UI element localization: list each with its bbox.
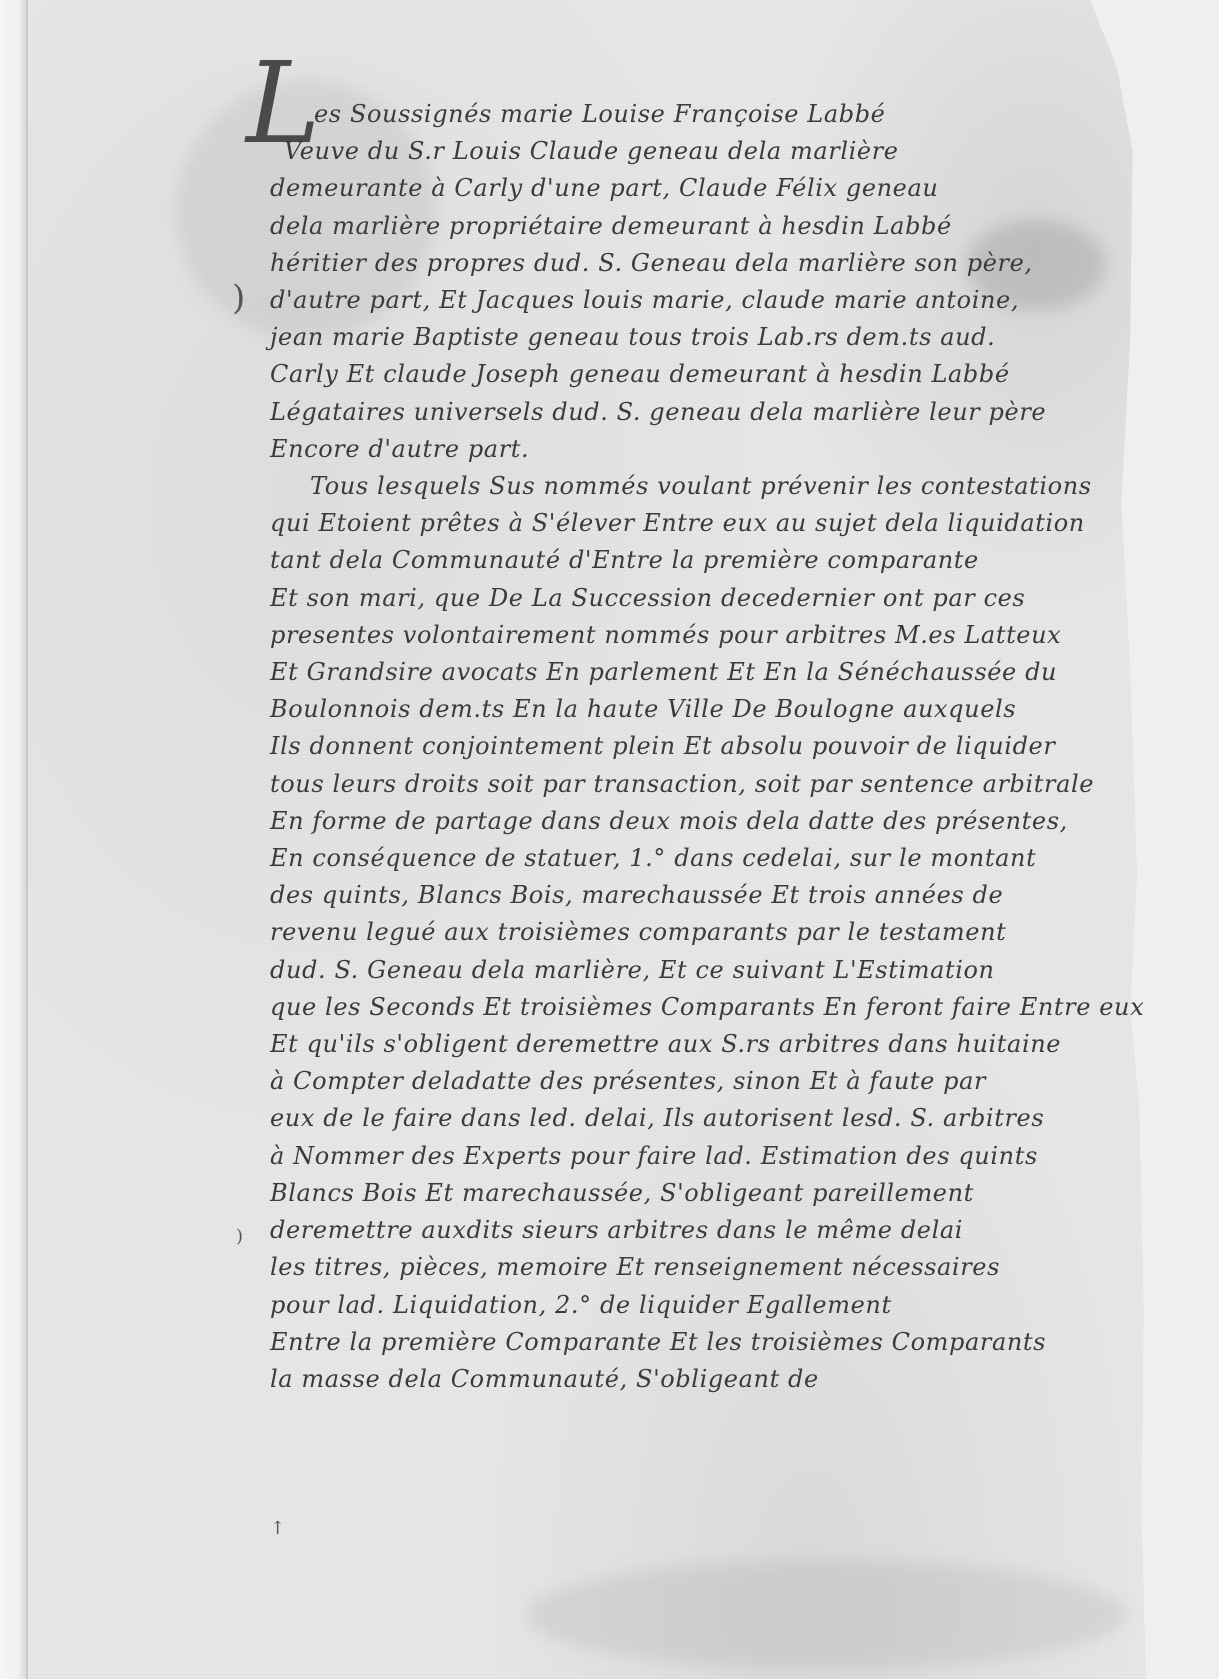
manuscript-body: es Soussignés marie Louise Françoise Lab… [270, 96, 1100, 1398]
manuscript-line: d'autre part, Et Jacques louis marie, cl… [270, 282, 1100, 319]
manuscript-line: Encore d'autre part. [270, 431, 1100, 468]
manuscript-line: deremettre auxdits sieurs arbitres dans … [270, 1212, 1100, 1249]
manuscript-line: es Soussignés marie Louise Françoise Lab… [270, 96, 1100, 133]
manuscript-line: eux de le faire dans led. delai, Ils aut… [270, 1100, 1100, 1137]
manuscript-line: Légataires universels dud. S. geneau del… [270, 394, 1100, 431]
manuscript-line: Boulonnois dem.ts En la haute Ville De B… [270, 691, 1100, 728]
insertion-caret-icon: ↑ [270, 1518, 285, 1539]
manuscript-line: à Compter deladatte des présentes, sinon… [270, 1063, 1100, 1100]
manuscript-line: des quints, Blancs Bois, marechaussée Et… [270, 877, 1100, 914]
manuscript-line: tant dela Communauté d'Entre la première… [270, 542, 1100, 579]
manuscript-line: pour lad. Liquidation, 2.° de liquider E… [270, 1287, 1100, 1324]
margin-tick-icon: ) [236, 1226, 243, 1247]
manuscript-line: demeurante à Carly d'une part, Claude Fé… [270, 170, 1100, 207]
paper-left-edge [26, 0, 28, 1679]
paper-stain [526, 1560, 1126, 1670]
manuscript-line: Veuve du S.r Louis Claude geneau dela ma… [270, 133, 1100, 170]
paragraph-start-line: Tous lesquels Sus nommés voulant préveni… [270, 468, 1100, 505]
manuscript-line: Carly Et claude Joseph geneau demeurant … [270, 356, 1100, 393]
manuscript-line: les titres, pièces, memoire Et renseigne… [270, 1249, 1100, 1286]
manuscript-line: jean marie Baptiste geneau tous trois La… [270, 319, 1100, 356]
manuscript-line: presentes volontairement nommés pour arb… [270, 617, 1100, 654]
manuscript-line: à Nommer des Experts pour faire lad. Est… [270, 1138, 1100, 1175]
manuscript-line: dud. S. Geneau dela marlière, Et ce suiv… [270, 952, 1100, 989]
manuscript-line: Ils donnent conjointement plein Et absol… [270, 728, 1100, 765]
manuscript-line: tous leurs droits soit par transaction, … [270, 766, 1100, 803]
manuscript-line: Entre la première Comparante Et les troi… [270, 1324, 1100, 1361]
manuscript-line: Et Grandsire avocats En parlement Et En … [270, 654, 1100, 691]
manuscript-line: que les Seconds Et troisièmes Comparants… [270, 989, 1100, 1026]
manuscript-line: dela marlière propriétaire demeurant à h… [270, 208, 1100, 245]
manuscript-line: Blancs Bois Et marechaussée, S'obligeant… [270, 1175, 1100, 1212]
margin-bracket-icon: ) [232, 278, 245, 318]
scanner-margin [0, 0, 26, 1679]
manuscript-line: la masse dela Communauté, S'obligeant de [270, 1361, 1100, 1398]
manuscript-line: revenu legué aux troisièmes comparants p… [270, 914, 1100, 951]
manuscript-line: En forme de partage dans deux mois dela … [270, 803, 1100, 840]
manuscript-line: Et son mari, que De La Succession decede… [270, 580, 1100, 617]
manuscript-line: héritier des propres dud. S. Geneau dela… [270, 245, 1100, 282]
manuscript-line: qui Etoient prêtes à S'élever Entre eux … [270, 505, 1100, 542]
manuscript-line: En conséquence de statuer, 1.° dans cede… [270, 840, 1100, 877]
scanned-page: L ) ) ↑ es Soussignés marie Louise Franç… [0, 0, 1219, 1679]
manuscript-line: Et qu'ils s'obligent deremettre aux S.rs… [270, 1026, 1100, 1063]
